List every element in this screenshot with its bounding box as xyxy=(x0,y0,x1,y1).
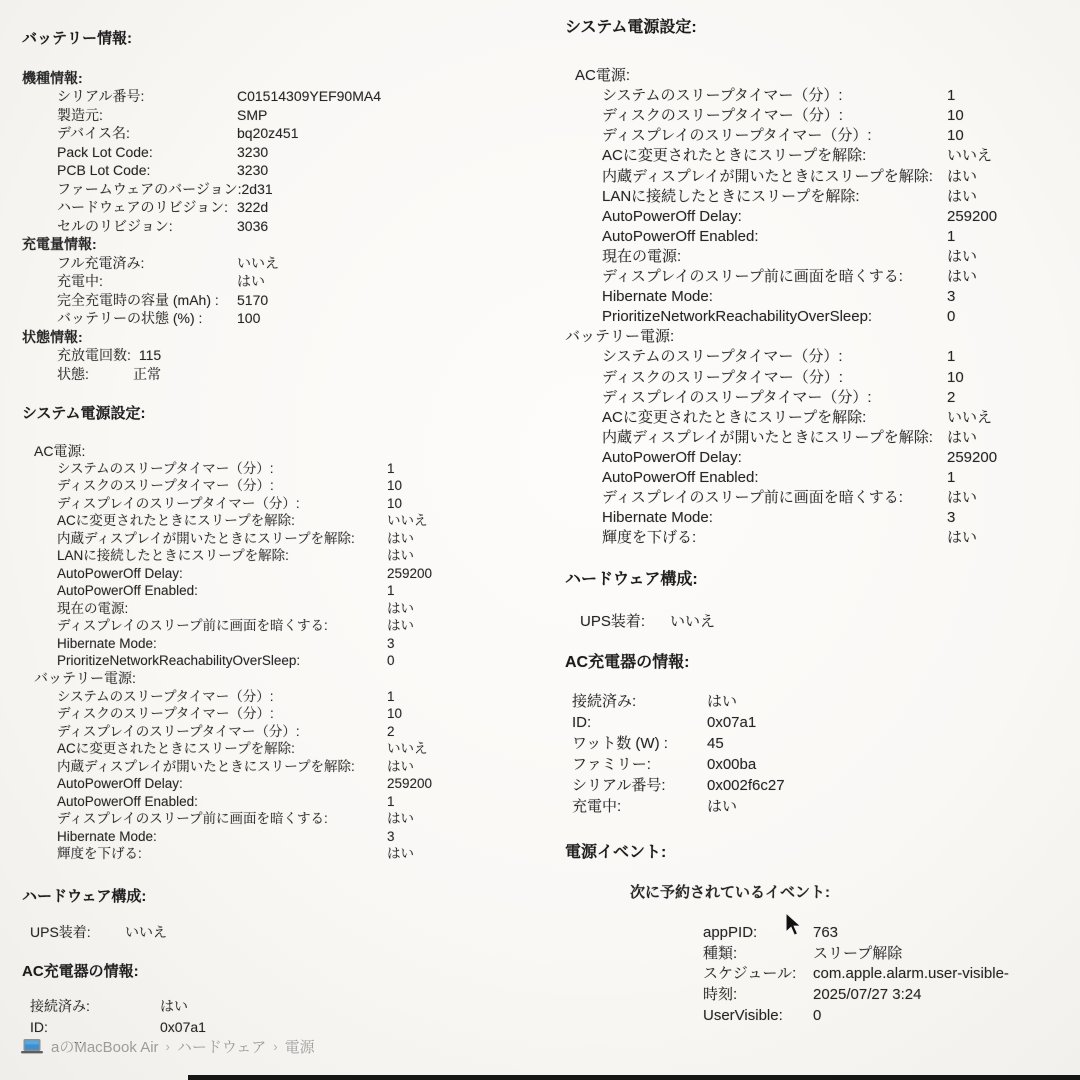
row-value: 10 xyxy=(387,477,402,494)
row-label: セルのリビジョン: xyxy=(57,217,237,236)
row-value: はい xyxy=(387,845,414,862)
row-label: ディスプレイのスリープタイマー（分）: xyxy=(602,388,947,408)
row-label: 充電中: xyxy=(57,272,237,291)
row-label: 現在の電源: xyxy=(602,247,947,267)
info-row: ディスクのスリープタイマー（分）:10 xyxy=(57,705,537,722)
info-row: バッテリーの状態 (%) :100 xyxy=(57,309,537,328)
row-label: 輝度を下げる: xyxy=(602,528,947,548)
row-value: 3 xyxy=(947,287,955,307)
row-value: はい xyxy=(387,758,414,775)
row-value: スリープ解除 xyxy=(813,944,902,965)
ups-value: いいえ xyxy=(670,612,715,632)
info-row: Hibernate Mode:3 xyxy=(57,828,537,845)
row-value: 5170 xyxy=(237,291,268,310)
row-label: シリアル番号: xyxy=(57,87,237,106)
row-label: Hibernate Mode: xyxy=(57,635,387,652)
ac-power-rows-left: システムのスリープタイマー（分）:1ディスクのスリープタイマー（分）:10ディス… xyxy=(22,460,537,669)
info-row: 内蔵ディスプレイが開いたときにスリープを解除:はい xyxy=(57,758,537,775)
row-value: はい xyxy=(707,796,737,817)
row-value: 0x00ba xyxy=(707,754,756,775)
row-value: C01514309YEF90MA4 xyxy=(237,87,381,106)
row-label: Hibernate Mode: xyxy=(57,828,387,845)
info-row: 充電中:はい xyxy=(572,796,1080,817)
next-scheduled-event-header: 次に予約されているイベント: xyxy=(630,883,1080,903)
info-row: PrioritizeNetworkReachabilityOverSleep:0 xyxy=(57,652,537,669)
macbook-icon xyxy=(20,1038,44,1055)
row-label: UserVisible: xyxy=(703,1006,813,1027)
info-row: スケジュール:com.apple.alarm.user-visible- xyxy=(703,964,1080,985)
row-value: 正常 xyxy=(133,365,161,384)
info-row: AutoPowerOff Enabled:1 xyxy=(602,468,1080,488)
status-info-rows: 充放電回数:115状態:正常 xyxy=(22,346,537,383)
row-label: システムのスリープタイマー（分）: xyxy=(602,347,947,367)
info-row: ディスプレイのスリープタイマー（分）:10 xyxy=(602,126,1080,146)
row-label: AutoPowerOff Enabled: xyxy=(602,227,947,247)
row-value: 259200 xyxy=(947,448,997,468)
info-row: AutoPowerOff Enabled:1 xyxy=(602,227,1080,247)
info-row: 現在の電源:はい xyxy=(57,600,537,617)
row-value: 1 xyxy=(947,227,955,247)
row-label: Pack Lot Code: xyxy=(57,143,237,162)
row-label: LANに接続したときにスリープを解除: xyxy=(57,547,387,564)
battery-power-rows-left: システムのスリープタイマー（分）:1ディスクのスリープタイマー（分）:10ディス… xyxy=(22,688,537,863)
info-row: 充電中:はい xyxy=(57,272,537,291)
info-row: 内蔵ディスプレイが開いたときにスリープを解除:はい xyxy=(57,530,537,547)
row-value: はい xyxy=(387,547,414,564)
row-label: フル充電済み: xyxy=(57,254,237,273)
row-label: スケジュール: xyxy=(703,964,813,985)
row-label: AutoPowerOff Delay: xyxy=(57,775,387,792)
info-row: 接続済み:はい xyxy=(30,996,537,1018)
ups-row-right: UPS装着: いいえ xyxy=(565,612,1080,632)
info-row: PCB Lot Code:3230 xyxy=(57,161,537,180)
row-value: SMP xyxy=(237,106,267,125)
status-info-header: 状態情報: xyxy=(22,328,537,347)
row-label: 製造元: xyxy=(57,106,237,125)
row-label: 種類: xyxy=(703,944,813,965)
row-label: ID: xyxy=(572,712,707,733)
row-value: はい xyxy=(387,617,414,634)
row-value: いいえ xyxy=(947,408,992,428)
row-label: ディスプレイのスリープタイマー（分）: xyxy=(57,495,387,512)
row-value: はい xyxy=(387,600,414,617)
row-label: 接続済み: xyxy=(30,996,160,1018)
row-value: はい xyxy=(947,247,977,267)
battery-power-header-right: バッテリー電源: xyxy=(565,327,1080,347)
row-label: ワット数 (W) : xyxy=(572,733,707,754)
charge-info-header: 充電量情報: xyxy=(22,235,537,254)
row-value: はい xyxy=(387,530,414,547)
row-value: 115 xyxy=(139,346,161,365)
row-value: com.apple.alarm.user-visible- xyxy=(813,964,1009,985)
info-row: ハードウェアのリビジョン:322d xyxy=(57,198,537,217)
row-value: 259200 xyxy=(947,207,997,227)
info-row: セルのリビジョン:3036 xyxy=(57,217,537,236)
power-settings-section-left: AC電源: システムのスリープタイマー（分）:1ディスクのスリープタイマー（分）… xyxy=(22,442,537,863)
info-row: LANに接続したときにスリープを解除:はい xyxy=(602,187,1080,207)
row-label: Hibernate Mode: xyxy=(602,508,947,528)
row-label: ディスプレイのスリープタイマー（分）: xyxy=(57,723,387,740)
row-value: 0x07a1 xyxy=(707,712,756,733)
row-value: 3 xyxy=(387,828,395,845)
row-value: 10 xyxy=(387,495,402,512)
row-value: 45 xyxy=(707,733,724,754)
row-value: 0 xyxy=(387,652,395,669)
breadcrumb-segment: aのMacBook Air xyxy=(51,1036,159,1057)
info-row: 充放電回数:115 xyxy=(57,346,537,365)
info-row: ファームウェアのバージョン:2d31 xyxy=(57,180,537,199)
row-value: はい xyxy=(387,810,414,827)
power-event-rows: appPID:763種類:スリープ解除スケジュール:com.apple.alar… xyxy=(703,923,1080,1027)
info-row: ACに変更されたときにスリープを解除:いいえ xyxy=(57,740,537,757)
info-row: AutoPowerOff Enabled:1 xyxy=(57,582,537,599)
info-row: Hibernate Mode:3 xyxy=(602,508,1080,528)
row-value: いいえ xyxy=(237,254,279,273)
row-label: ディスプレイのスリープタイマー（分）: xyxy=(602,126,947,146)
charge-info-section: 充電量情報: フル充電済み:いいえ充電中:はい完全充電時の容量 (mAh) :5… xyxy=(22,235,537,328)
model-info-section: 機種情報: シリアル番号:C01514309YEF90MA4製造元:SMPデバイ… xyxy=(22,69,537,236)
breadcrumb-separator: › xyxy=(273,1039,277,1054)
breadcrumb-segment: ハードウェア xyxy=(177,1036,266,1057)
row-label: 現在の電源: xyxy=(57,600,387,617)
info-row: ディスプレイのスリープタイマー（分）:2 xyxy=(602,388,1080,408)
info-row: システムのスリープタイマー（分）:1 xyxy=(602,86,1080,106)
info-row: ディスプレイのスリープ前に画面を暗くする:はい xyxy=(602,488,1080,508)
hardware-config-header-right: ハードウェア構成: xyxy=(565,570,1080,590)
row-label: システムのスリープタイマー（分）: xyxy=(602,86,947,106)
info-row: 時刻:2025/07/27 3:24 xyxy=(703,985,1080,1006)
row-value: 2 xyxy=(947,388,955,408)
breadcrumb-separator: › xyxy=(166,1039,170,1054)
ups-value: いいえ xyxy=(125,923,167,942)
row-label: ディスクのスリープタイマー（分）: xyxy=(57,705,387,722)
info-row: ファミリー:0x00ba xyxy=(572,754,1080,775)
info-row: LANに接続したときにスリープを解除:はい xyxy=(57,547,537,564)
row-label: バッテリーの状態 (%) : xyxy=(57,309,237,328)
row-value: 259200 xyxy=(387,775,432,792)
info-row: 輝度を下げる:はい xyxy=(602,528,1080,548)
row-label: ACに変更されたときにスリープを解除: xyxy=(57,740,387,757)
battery-info-header: バッテリー情報: xyxy=(22,30,537,49)
info-row: AutoPowerOff Enabled:1 xyxy=(57,793,537,810)
info-row: 接続済み:はい xyxy=(572,691,1080,712)
ac-power-header-right: AC電源: xyxy=(565,66,1080,86)
row-value: 0 xyxy=(947,307,955,327)
row-value: 1 xyxy=(387,460,395,477)
row-label: ディスクのスリープタイマー（分）: xyxy=(602,368,947,388)
row-value: 2d31 xyxy=(242,180,273,199)
report-column-right: システム電源設定: AC電源: システムのスリープタイマー（分）:1ディスクのス… xyxy=(565,18,1080,1027)
row-label: 完全充電時の容量 (mAh) : xyxy=(57,291,237,310)
ac-charger-header-right: AC充電器の情報: xyxy=(565,653,1080,673)
model-info-rows: シリアル番号:C01514309YEF90MA4製造元:SMPデバイス名:bq2… xyxy=(22,87,537,235)
info-row: システムのスリープタイマー（分）:1 xyxy=(57,688,537,705)
row-label: ディスプレイのスリープ前に画面を暗くする: xyxy=(602,488,947,508)
power-settings-header-left: システム電源設定: xyxy=(22,405,537,424)
row-label: 充電中: xyxy=(572,796,707,817)
row-label: PCB Lot Code: xyxy=(57,161,237,180)
breadcrumb: aのMacBook Air › ハードウェア › 電源 xyxy=(20,1036,315,1057)
info-row: シリアル番号:0x002f6c27 xyxy=(572,775,1080,796)
info-row: AutoPowerOff Delay:259200 xyxy=(57,775,537,792)
charge-info-rows: フル充電済み:いいえ充電中:はい完全充電時の容量 (mAh) :5170バッテリ… xyxy=(22,254,537,328)
info-row: ディスプレイのスリープタイマー（分）:10 xyxy=(57,495,537,512)
info-row: PrioritizeNetworkReachabilityOverSleep:0 xyxy=(602,307,1080,327)
row-value: 1 xyxy=(947,468,955,488)
row-value: はい xyxy=(237,272,265,291)
row-label: ACに変更されたときにスリープを解除: xyxy=(57,512,387,529)
power-settings-header-right: システム電源設定: xyxy=(565,18,1080,38)
ups-label: UPS装着: xyxy=(30,923,125,942)
info-row: ディスクのスリープタイマー（分）:10 xyxy=(602,368,1080,388)
row-value: 3230 xyxy=(237,143,268,162)
row-label: 状態: xyxy=(57,365,125,384)
row-label: システムのスリープタイマー（分）: xyxy=(57,460,387,477)
row-value: bq20z451 xyxy=(237,124,299,143)
info-row: デバイス名:bq20z451 xyxy=(57,124,537,143)
hardware-config-header-left: ハードウェア構成: xyxy=(22,888,537,907)
ac-power-rows-right: システムのスリープタイマー（分）:1ディスクのスリープタイマー（分）:10ディス… xyxy=(565,86,1080,327)
info-row: ディスプレイのスリープ前に画面を暗くする:はい xyxy=(57,617,537,634)
info-row: appPID:763 xyxy=(703,923,1080,944)
row-value: 1 xyxy=(387,688,395,705)
info-row: システムのスリープタイマー（分）:1 xyxy=(602,347,1080,367)
row-value: いいえ xyxy=(387,740,428,757)
info-row: 種類:スリープ解除 xyxy=(703,944,1080,965)
row-label: 接続済み: xyxy=(572,691,707,712)
info-row: 完全充電時の容量 (mAh) :5170 xyxy=(57,291,537,310)
row-label: ディスプレイのスリープ前に画面を暗くする: xyxy=(57,617,387,634)
info-row: ディスクのスリープタイマー（分）:10 xyxy=(57,477,537,494)
row-label: 輝度を下げる: xyxy=(57,845,387,862)
row-label: Hibernate Mode: xyxy=(602,287,947,307)
row-value: はい xyxy=(947,267,977,287)
row-label: AutoPowerOff Delay: xyxy=(602,207,947,227)
row-label: ディスプレイのスリープ前に画面を暗くする: xyxy=(57,810,387,827)
row-label: シリアル番号: xyxy=(572,775,707,796)
row-value: 0x002f6c27 xyxy=(707,775,785,796)
row-label: PrioritizeNetworkReachabilityOverSleep: xyxy=(602,307,947,327)
screen-bottom-edge xyxy=(188,1075,1080,1080)
ac-power-header-left: AC電源: xyxy=(22,442,537,461)
info-row: ディスクのスリープタイマー（分）:10 xyxy=(602,106,1080,126)
row-value: はい xyxy=(947,187,977,207)
row-label: ディスクのスリープタイマー（分）: xyxy=(602,106,947,126)
power-settings-section-right: AC電源: システムのスリープタイマー（分）:1ディスクのスリープタイマー（分）… xyxy=(565,66,1080,548)
row-label: ファミリー: xyxy=(572,754,707,775)
row-label: PrioritizeNetworkReachabilityOverSleep: xyxy=(57,652,387,669)
info-row: AutoPowerOff Delay:259200 xyxy=(602,448,1080,468)
battery-power-header-left: バッテリー電源: xyxy=(22,669,537,688)
row-label: 時刻: xyxy=(703,985,813,1006)
row-value: 10 xyxy=(947,106,964,126)
row-value: いいえ xyxy=(387,512,428,529)
row-value: 0 xyxy=(813,1006,821,1027)
info-row: フル充電済み:いいえ xyxy=(57,254,537,273)
row-label: ハードウェアのリビジョン: xyxy=(57,198,237,217)
row-label: AutoPowerOff Enabled: xyxy=(57,793,387,810)
info-row: ワット数 (W) :45 xyxy=(572,733,1080,754)
ac-charger-header-left: AC充電器の情報: xyxy=(22,963,537,982)
row-label: AutoPowerOff Delay: xyxy=(57,565,387,582)
row-value: 3 xyxy=(387,635,395,652)
ups-label: UPS装着: xyxy=(580,612,670,632)
info-row: ディスプレイのスリープ前に画面を暗くする:はい xyxy=(602,267,1080,287)
row-label: デバイス名: xyxy=(57,124,237,143)
ac-charger-section-right: 接続済み:はいID:0x07a1ワット数 (W) :45ファミリー:0x00ba… xyxy=(565,691,1080,817)
row-value: 322d xyxy=(237,198,268,217)
info-row: ACに変更されたときにスリープを解除:いいえ xyxy=(57,512,537,529)
row-value: はい xyxy=(160,996,188,1018)
row-value: 1 xyxy=(387,793,395,810)
info-row: システムのスリープタイマー（分）:1 xyxy=(57,460,537,477)
row-value: 100 xyxy=(237,309,260,328)
row-value: 10 xyxy=(947,126,964,146)
row-label: ACに変更されたときにスリープを解除: xyxy=(602,146,947,166)
info-row: UserVisible:0 xyxy=(703,1006,1080,1027)
row-value: はい xyxy=(707,691,737,712)
info-row: Hibernate Mode:3 xyxy=(57,635,537,652)
ups-row-left: UPS装着: いいえ xyxy=(22,923,537,942)
row-value: はい xyxy=(947,528,977,548)
row-value: 3230 xyxy=(237,161,268,180)
row-label: AutoPowerOff Enabled: xyxy=(57,582,387,599)
row-value: 763 xyxy=(813,923,838,944)
row-value: 2025/07/27 3:24 xyxy=(813,985,921,1006)
row-label: 内蔵ディスプレイが開いたときにスリープを解除: xyxy=(602,428,947,448)
row-value: はい xyxy=(947,167,977,187)
row-value: 1 xyxy=(947,86,955,106)
row-value: 1 xyxy=(387,582,395,599)
ac-charger-rows-right: 接続済み:はいID:0x07a1ワット数 (W) :45ファミリー:0x00ba… xyxy=(565,691,1080,817)
power-events-section: 次に予約されているイベント: appPID:763種類:スリープ解除スケジュール… xyxy=(565,883,1080,1027)
row-label: ファームウェアのバージョン: xyxy=(57,180,242,199)
row-value: いいえ xyxy=(947,146,992,166)
row-label: 内蔵ディスプレイが開いたときにスリープを解除: xyxy=(602,167,947,187)
row-label: ディスクのスリープタイマー（分）: xyxy=(57,477,387,494)
breadcrumb-segment: 電源 xyxy=(285,1036,315,1057)
row-value: 3036 xyxy=(237,217,268,236)
info-row: 現在の電源:はい xyxy=(602,247,1080,267)
row-label: AutoPowerOff Delay: xyxy=(602,448,947,468)
info-row: ディスプレイのスリープ前に画面を暗くする:はい xyxy=(57,810,537,827)
row-label: ACに変更されたときにスリープを解除: xyxy=(602,408,947,428)
info-row: AutoPowerOff Delay:259200 xyxy=(57,565,537,582)
row-label: 内蔵ディスプレイが開いたときにスリープを解除: xyxy=(57,530,387,547)
row-value: はい xyxy=(947,428,977,448)
row-value: 10 xyxy=(387,705,402,722)
battery-power-rows-right: システムのスリープタイマー（分）:1ディスクのスリープタイマー（分）:10ディス… xyxy=(565,347,1080,548)
row-value: 3 xyxy=(947,508,955,528)
row-value: 1 xyxy=(947,347,955,367)
info-row: AutoPowerOff Delay:259200 xyxy=(602,207,1080,227)
info-row: 状態:正常 xyxy=(57,365,537,384)
info-row: シリアル番号:C01514309YEF90MA4 xyxy=(57,87,537,106)
info-row: Hibernate Mode:3 xyxy=(602,287,1080,307)
row-value: はい xyxy=(947,488,977,508)
info-row: ディスプレイのスリープタイマー（分）:2 xyxy=(57,723,537,740)
info-row: Pack Lot Code:3230 xyxy=(57,143,537,162)
model-info-header: 機種情報: xyxy=(22,69,537,88)
info-row: ACに変更されたときにスリープを解除:いいえ xyxy=(602,146,1080,166)
info-row: 製造元:SMP xyxy=(57,106,537,125)
row-label: 内蔵ディスプレイが開いたときにスリープを解除: xyxy=(57,758,387,775)
power-events-header: 電源イベント: xyxy=(565,843,1080,863)
report-column-left: バッテリー情報: 機種情報: シリアル番号:C01514309YEF90MA4製… xyxy=(22,30,537,1043)
row-value: 2 xyxy=(387,723,395,740)
row-label: LANに接続したときにスリープを解除: xyxy=(602,187,947,207)
row-label: システムのスリープタイマー（分）: xyxy=(57,688,387,705)
row-value: 259200 xyxy=(387,565,432,582)
row-label: 充放電回数: xyxy=(57,346,131,365)
info-row: 内蔵ディスプレイが開いたときにスリープを解除:はい xyxy=(602,167,1080,187)
info-row: 内蔵ディスプレイが開いたときにスリープを解除:はい xyxy=(602,428,1080,448)
status-info-section: 状態情報: 充放電回数:115状態:正常 xyxy=(22,328,537,384)
info-row: ACに変更されたときにスリープを解除:いいえ xyxy=(602,408,1080,428)
mouse-cursor-icon xyxy=(783,912,803,938)
info-row: ID:0x07a1 xyxy=(572,712,1080,733)
row-label: ディスプレイのスリープ前に画面を暗くする: xyxy=(602,267,947,287)
row-label: AutoPowerOff Enabled: xyxy=(602,468,947,488)
row-value: 10 xyxy=(947,368,964,388)
info-row: 輝度を下げる:はい xyxy=(57,845,537,862)
